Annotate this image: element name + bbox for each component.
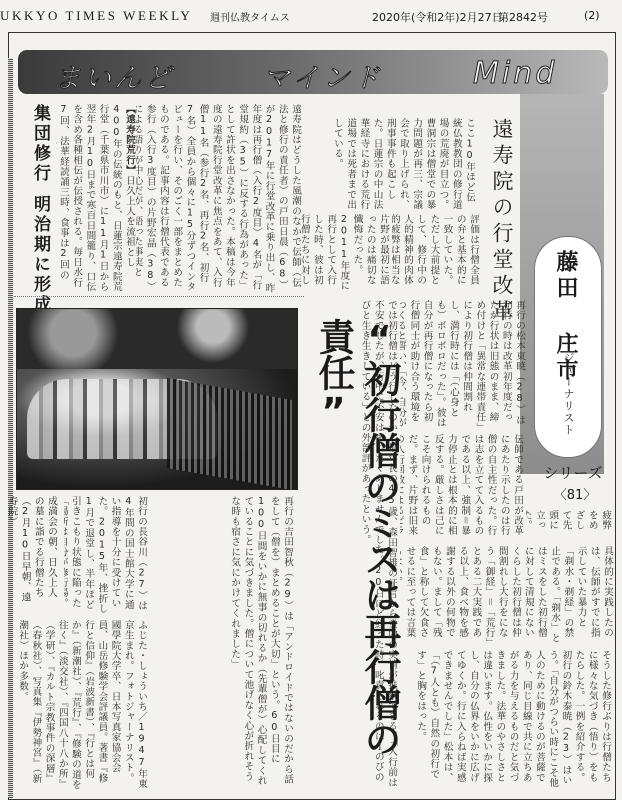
body-column-12: では初行僧はどう行じたのか。最年長の45歳、森田智雄の証言から堂内の実情が推察で…: [360, 300, 398, 790]
author-role: ジャーナリスト: [560, 352, 576, 436]
body-column-4: 片野が最初に語ったのは痛切な懺悔だった。2011年度に再行として入行した時、彼は…: [300, 214, 390, 294]
body-column-1: ここ10年ほど伝統仏教教団の修行道場の荒廃が目立つ。曹洞宗は僧堂での暴力問題が再…: [300, 118, 476, 210]
body-column-3: 評価は行僧全員の弁と基本的に一致していた。ただし大前提として、修行中の人的精神的…: [392, 214, 480, 294]
paper-name: UKKYO TIMES WEEKLY: [0, 8, 192, 24]
body-column-13: 再行の吉田智秋（29）は「アンドロイドではないのだから話をして（僧を）まとめるこ…: [150, 496, 294, 790]
page-number: (2): [584, 9, 600, 22]
body-column-7: 伝師である戸田が改革にあたり示したのは行僧の自主性だった。行は志を立てて入るもの…: [400, 434, 524, 542]
body-column-2: 遠寿院はどうした風潮のなかで伝師（伝法と修行の責任者）の戸田日晨（68）が201…: [136, 104, 302, 294]
banner-katakana: マインド: [263, 56, 382, 95]
issue-date: 2020年(令和2年)2月27日: [372, 9, 503, 25]
photo-trees: [17, 309, 297, 369]
series-label: シリーズ: [528, 462, 618, 483]
photo-caption: 成満会の朝、日久上人の墓に詣でる行僧たち（2月10日早朝、遠寿院）: [18, 496, 58, 606]
body-column-6: 再行の松本東暁（28）は初行の時は改革初年度だったが行状は旧態のまま、締め付けと…: [400, 300, 526, 432]
sidebar-box-label: 【遠寿院荒行】: [124, 104, 135, 175]
article-title: 遠寿院の行堂改革: [488, 118, 516, 326]
body-column-14: 初行の長谷川（27）は4年間の国士館大学に通い指導を十分に受けていた。2015年…: [64, 496, 148, 616]
banner-english: Mind: [473, 56, 557, 91]
sidebar-subhead: 集団修行: [28, 104, 53, 184]
issue-number: 第2842号: [498, 9, 548, 25]
photo-fence: [167, 378, 292, 490]
sidebar-subhead-2: 明治期に形成: [28, 195, 53, 315]
left-hatched-rule: [8, 58, 13, 798]
body-column-9: 具体的に実践したのは、伝師がすでに指示していた暴力と「剃水・剃経」の禁止である。…: [524, 546, 614, 646]
sidebar-body: 【遠寿院荒行】日久上人を流祖とし400年の伝統のもと、日蓮宗遠寿院荒行堂（千葉県…: [56, 104, 136, 294]
body-column-8: 疲弊をめざして先頭に立った。: [526, 510, 612, 540]
photo-monks-at-grave: [16, 308, 298, 490]
masthead: UKKYO TIMES WEEKLY 週刊仏教タイムス 2020年(令和2年)2…: [0, 0, 622, 28]
banner-hiragana: まいんど: [54, 56, 174, 95]
paper-name-jp: 週刊仏教タイムス: [210, 9, 290, 24]
author-profile: ふじた・しょういち／1947年東京生まれ。フォトジャーナリスト。國學院大学卒、日…: [18, 620, 148, 790]
section-divider: [14, 296, 304, 297]
body-column-11: そうした修行ぶりは行僧たちに様々な気づき（悟り）をもたらした。一例を紹介する。初…: [400, 650, 612, 790]
column-banner: まいんど マインド Mind: [18, 50, 608, 94]
series-number: 〈81〉: [540, 484, 610, 503]
body-column-10: くらした初行僧は仲間割れし大行をになう「御経」＝「荒行」とある二大実践である以上…: [400, 546, 522, 646]
